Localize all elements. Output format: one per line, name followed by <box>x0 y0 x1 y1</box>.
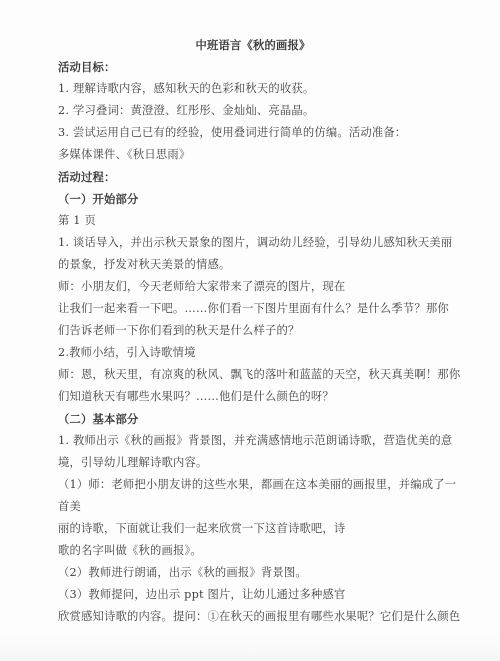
text-line: 多媒体课件、《秋日思雨》 <box>58 144 448 166</box>
text-line: 1. 教师出示《秋的画报》背景图，并充满感情地示范朗诵诗歌，营造优美的意 <box>58 430 448 452</box>
text-line: 境，引导幼儿理解诗歌内容。 <box>58 452 448 474</box>
section-heading: （一）开始部分 <box>58 188 448 210</box>
text-line: 2.教师小结，引入诗歌情境 <box>58 342 448 364</box>
text-line: 1. 谈话导入，并出示秋天景象的图片，调动幼儿经验，引导幼儿感知秋天美丽 <box>58 232 448 254</box>
text-line: （2）教师进行朗诵，出示《秋的画报》背景图。 <box>58 562 448 584</box>
text-line: 1. 理解诗歌内容，感知秋天的色彩和秋天的收获。 <box>58 78 448 100</box>
lesson-plan-text-block: 中班语言《秋的画报》活动目标：1. 理解诗歌内容，感知秋天的色彩和秋天的收获。2… <box>58 34 448 628</box>
text-line: （1）师：老师把小朋友讲的这些水果，都画在这本美丽的画报里，并编成了一 <box>58 474 448 496</box>
section-heading: 活动目标： <box>58 56 448 78</box>
document-title: 中班语言《秋的画报》 <box>58 34 448 56</box>
text-line: 丽的诗歌，下面就让我们一起来欣赏一下这首诗歌吧，诗 <box>58 518 448 540</box>
text-line: 2. 学习叠词：黄澄澄、红彤彤、金灿灿、亮晶晶。 <box>58 100 448 122</box>
text-line: 歌的名字叫做《秋的画报》。 <box>58 540 448 562</box>
text-line: 师：小朋友们，今天老师给大家带来了漂亮的图片，现在 <box>58 276 448 298</box>
text-line: 的景象，抒发对秋天美景的情感。 <box>58 254 448 276</box>
document-page: 中班语言《秋的画报》活动目标：1. 理解诗歌内容，感知秋天的色彩和秋天的收获。2… <box>0 0 500 661</box>
text-line: 们告诉老师一下你们看到的秋天是什么样子的？ <box>58 320 448 342</box>
text-line: 们知道秋天有哪些水果吗？……他们是什么颜色的呀？ <box>58 386 448 408</box>
text-line: 让我们一起来看一下吧。……你们看一下图片里面有什么？是什么季节？那你 <box>58 298 448 320</box>
section-heading: （二）基本部分 <box>58 408 448 430</box>
text-line: 首美 <box>58 496 448 518</box>
text-line: 师：恩，秋天里，有凉爽的秋风、飘飞的落叶和蓝蓝的天空，秋天真美啊！那你 <box>58 364 448 386</box>
text-line: 第 1 页 <box>58 210 448 232</box>
text-line: （3）教师提问，边出示 ppt 图片，让幼儿通过多种感官 <box>58 584 448 606</box>
text-line: 3. 尝试运用自己已有的经验，使用叠词进行简单的仿编。活动准备： <box>58 122 448 144</box>
text-line: 欣赏感知诗歌的内容。提问：①在秋天的画报里有哪些水果呢？它们是什么颜色 <box>58 606 448 628</box>
section-heading: 活动过程： <box>58 166 448 188</box>
